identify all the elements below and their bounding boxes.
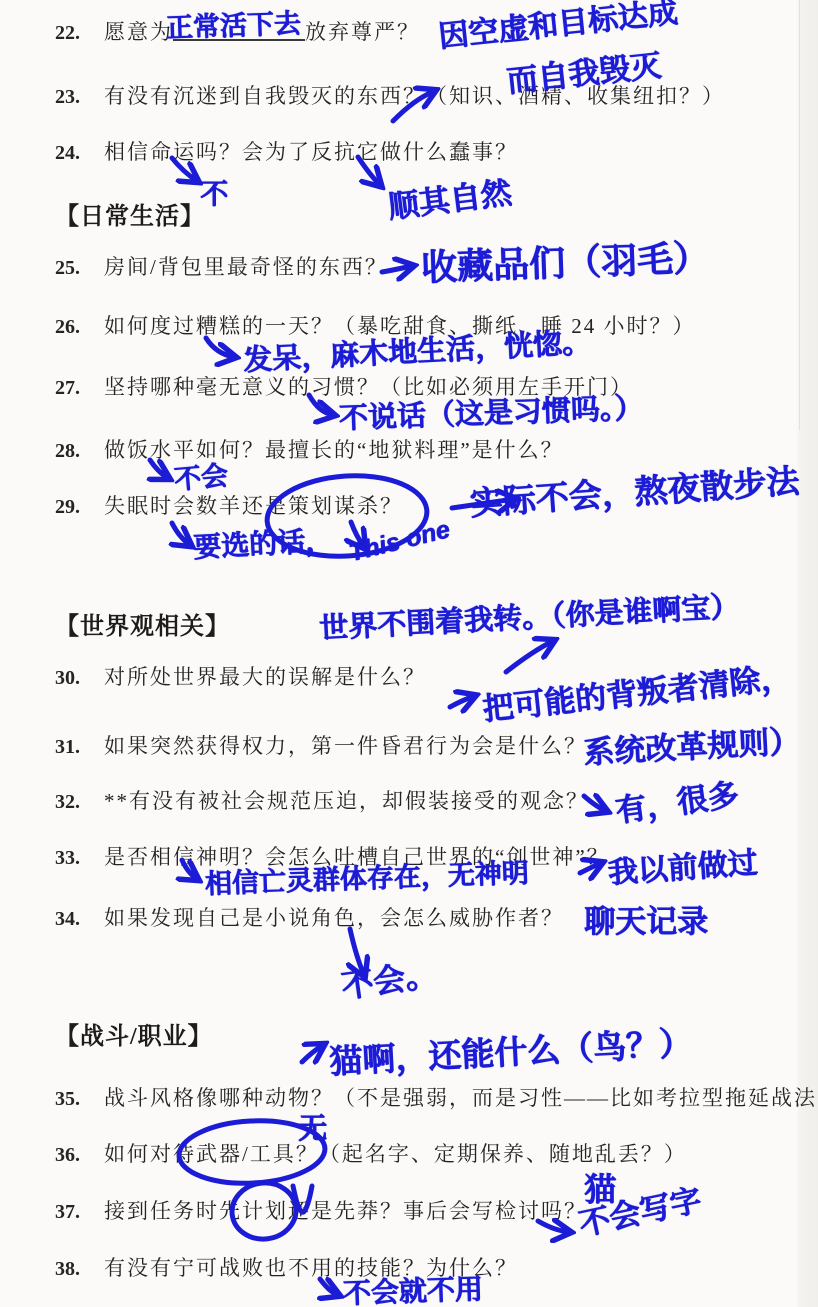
handwriting-q33-note-right-1: 我以前做过: [606, 838, 759, 892]
question-text: 失眠时会数羊还是策划谋杀？: [104, 494, 403, 518]
question-number: 24.: [55, 141, 89, 165]
section-header-combat-profession: 【战斗/职业】: [55, 1016, 213, 1051]
handwriting-q33-note-right-2: 聊天记录: [584, 896, 708, 941]
question-number: 27.: [55, 376, 89, 400]
question-text: 如果突然获得权力，第一件昏君行为会是什么？: [104, 734, 587, 758]
question-number: 22.: [55, 21, 89, 45]
arrow-icon: [172, 523, 190, 545]
question-31: 31.如果突然获得权力，第一件昏君行为会是什么？: [55, 734, 587, 759]
question-text: 战斗风格像哪种动物？（不是强弱，而是习性——比如考拉型拖延战法）: [104, 1086, 818, 1110]
section-header-worldview: 【世界观相关】: [55, 606, 230, 641]
question-number: 38.: [55, 1257, 89, 1281]
question-number: 29.: [55, 495, 89, 519]
question-number: 36.: [55, 1143, 89, 1167]
question-number: 31.: [55, 735, 89, 759]
page-edge-line: [799, 0, 800, 430]
question-text: 如果发现自己是小说角色，会怎么威胁作者？: [104, 906, 564, 930]
handwriting-q32-answer: 有，很多: [612, 769, 741, 831]
question-29: 29.失眠时会数羊还是策划谋杀？: [55, 494, 403, 519]
question-number: 35.: [55, 1087, 89, 1111]
question-32: 32.**有没有被社会规范压迫，却假装接受的观念？: [55, 789, 589, 814]
question-text: 放弃尊严？: [305, 20, 420, 44]
arrow-icon: [320, 1279, 338, 1295]
handwriting-q34-answer: 不会。: [338, 949, 439, 1008]
question-text: **有没有被社会规范压迫，却假装接受的观念？: [104, 789, 589, 813]
handwriting-q28-answer: 不会: [172, 453, 229, 497]
handwriting-q31-note-1: 把可能的背叛者清除，: [480, 652, 793, 729]
question-number: 34.: [55, 907, 89, 931]
handwriting-q38-answer: 不会就不用: [342, 1267, 483, 1307]
question-number: 33.: [55, 846, 89, 870]
question-37: 37.接到任务时先计划还是先莽？事后会写检讨吗？: [55, 1199, 587, 1224]
question-number: 23.: [55, 85, 89, 109]
question-28: 28.做饭水平如何？最擅长的“地狱料理”是什么？: [55, 438, 564, 463]
question-number: 28.: [55, 439, 89, 463]
question-number: 37.: [55, 1200, 89, 1224]
question-34: 34.如果发现自己是小说角色，会怎么威胁作者？: [55, 906, 564, 931]
question-30: 30.对所处世界最大的误解是什么？: [55, 665, 426, 690]
question-text: 愿意为: [104, 20, 173, 44]
handwriting-q29-this-one: This one: [346, 515, 453, 568]
handwriting-q29-actual: 实际不会，熬夜散步法: [468, 455, 800, 525]
arrow-icon: [450, 696, 474, 707]
question-number: 26.: [55, 315, 89, 339]
handwriting-q36-answer: 无: [298, 1106, 327, 1147]
arrow-icon: [206, 338, 234, 357]
section-header-daily-life: 【日常生活】: [55, 196, 205, 231]
question-number: 25.: [55, 256, 89, 280]
arrow-icon: [302, 1045, 323, 1062]
question-25: 25.房间/背包里最奇怪的东西？: [55, 255, 388, 280]
question-text: 房间/背包里最奇怪的东西？: [104, 255, 388, 279]
question-text: 如何对待武器/工具？（起名字、定期保养、随地乱丢？）: [104, 1142, 687, 1166]
question-text: 相信命运吗？会为了反抗它做什么蠢事？: [104, 140, 518, 164]
scanned-document-page: 22.愿意为放弃尊严？ 23.有没有沉迷到自我毁灭的东西？（知识、酒精、收集纽扣…: [0, 0, 818, 1307]
handwriting-q31-note-2: 系统改革规则）: [582, 716, 801, 772]
question-24: 24.相信命运吗？会为了反抗它做什么蠢事？: [55, 140, 518, 165]
question-text: 对所处世界最大的误解是什么？: [104, 665, 426, 689]
handwriting-q29-choose: 要选的话，: [192, 519, 334, 566]
handwriting-q24-nature: 顺其自然: [385, 167, 514, 227]
question-number: 32.: [55, 790, 89, 814]
handwriting-q22-fill: 正常活下去: [165, 1, 301, 45]
question-text: 接到任务时先计划还是先莽？事后会写检讨吗？: [104, 1199, 587, 1223]
handwriting-q24-no: 不: [200, 172, 228, 212]
handwriting-q25-answer: 收藏品们（羽毛）: [420, 230, 710, 291]
question-number: 30.: [55, 666, 89, 690]
handwriting-q35-answer: 猫啊，还能什么（鸟？）: [328, 1017, 693, 1083]
handwriting-q30-answer: 世界不围着我转。（你是谁啊宝）: [318, 584, 740, 647]
arrow-icon: [506, 641, 553, 672]
question-35: 35.战斗风格像哪种动物？（不是强弱，而是习性——比如考拉型拖延战法）: [55, 1086, 818, 1111]
